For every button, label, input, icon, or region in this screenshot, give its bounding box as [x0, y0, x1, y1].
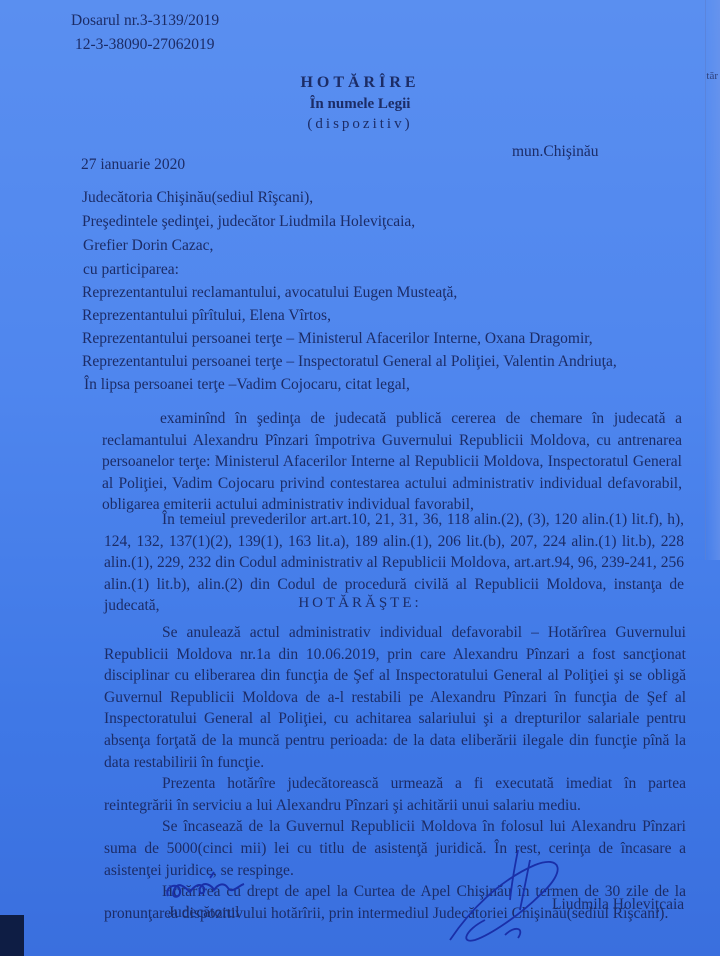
third-party-igp: Reprezentantului persoanei terţe – Inspe… — [82, 353, 617, 371]
absent-third-party: În lipsa persoanei terţe –Vadim Cojocaru… — [84, 376, 410, 394]
decides-heading: HOTĂRĂŞTE: — [260, 594, 460, 612]
adjacent-page-edge: tăr — [705, 0, 720, 560]
third-party-mai: Reprezentantului persoanei terţe – Minis… — [82, 330, 593, 348]
case-code: 12-3-38090-27062019 — [75, 36, 215, 54]
participation-label: cu participarea: — [83, 261, 179, 279]
document-subtitle: În numele Legii — [200, 95, 520, 113]
plaintiff-representative: Reprezentantului reclamantului, avocatul… — [82, 284, 457, 302]
defendant-representative: Reprezentantului pîrîtului, Elena Vîrtos… — [82, 307, 331, 325]
judge-signature-icon — [440, 840, 590, 950]
court-decision-document: tăr Dosarul nr.3-3139/2019 12-3-38090-27… — [0, 0, 720, 956]
clerk-signature-icon — [160, 868, 270, 908]
examining-text: examinînd în şedinţa de judecată publică… — [102, 408, 682, 516]
decision-date: 27 ianuarie 2020 — [81, 156, 185, 174]
decision-immediate-execution: Prezenta hotărîre judecătorească urmează… — [104, 773, 686, 816]
judge-name: Liudmila Holeviţcaia — [552, 896, 684, 914]
decision-location: mun.Chişinău — [512, 143, 599, 161]
case-number: Dosarul nr.3-3139/2019 — [71, 12, 219, 30]
examining-paragraph: examinînd în şedinţa de judecată publică… — [102, 408, 682, 516]
document-type: (dispozitiv) — [200, 115, 520, 133]
adjacent-page-text: tăr — [706, 70, 718, 82]
presiding-judge: Preşedintele şedinţei, judecător Liudmil… — [82, 213, 415, 231]
clerk: Grefier Dorin Cazac, — [83, 237, 213, 255]
decision-annulment: Se anulează actul administrativ individu… — [104, 622, 686, 773]
document-title: HOTĂRÎRE — [200, 74, 520, 92]
court-name: Judecătoria Chişinău(sediul Rîşcani), — [82, 189, 313, 207]
background-shadow — [0, 915, 24, 956]
judge-label: Judecătorul — [168, 904, 239, 922]
